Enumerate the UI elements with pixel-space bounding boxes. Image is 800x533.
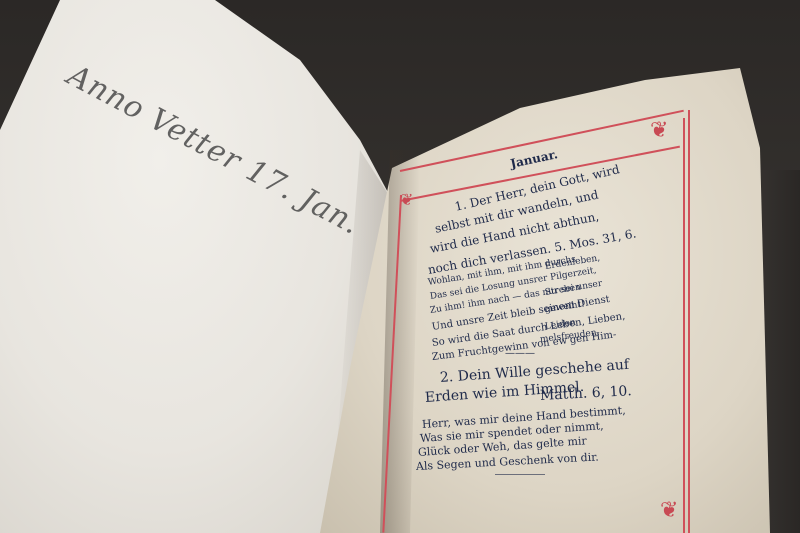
section-divider: ——— (505, 348, 535, 359)
photo-scene: Anno Vetter 17. Jan. ❦ ❦ ❦ Januar. 1. De… (0, 0, 800, 533)
bottom-divider (495, 474, 545, 475)
corner-ornament-top: ❦ (650, 118, 668, 143)
corner-ornament-left: ❦ (400, 190, 413, 209)
red-border-right-inner (683, 118, 685, 533)
corner-ornament-bottom: ❦ (660, 498, 678, 523)
red-border-right (688, 110, 690, 533)
